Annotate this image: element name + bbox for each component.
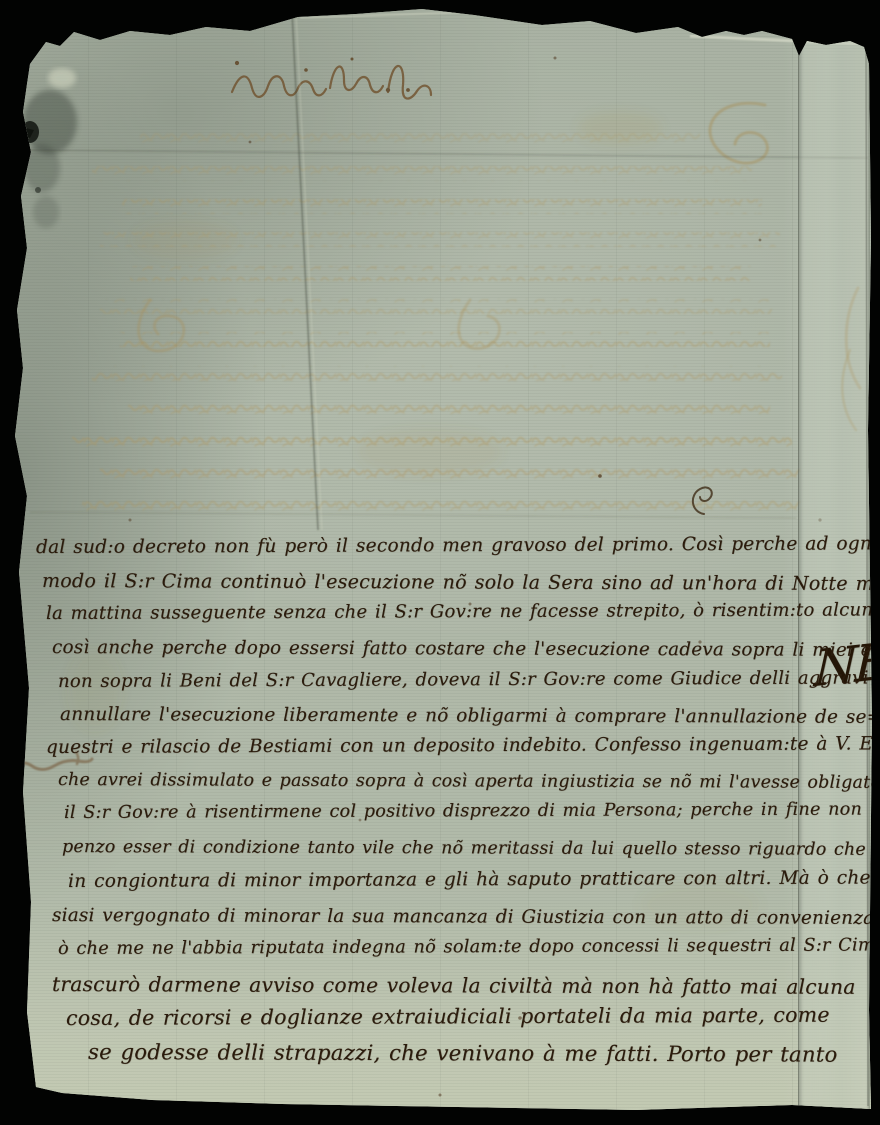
manuscript-line: questri e rilascio de Bestiami con un de… [46, 733, 879, 758]
manuscript-line: modo il S:r Cima continuò l'esecuzione n… [42, 570, 880, 595]
manuscript-line: in congiontura di minor importanza e gli… [68, 867, 871, 892]
manuscript-line: non sopra li Beni del S:r Cavagliere, do… [58, 667, 869, 692]
manuscript-line: penzo esser di condizione tanto vile che… [62, 837, 866, 860]
manuscript-line: così anche perche dopo essersi fatto cos… [52, 637, 872, 661]
manuscript-text-block: dal sud:o decreto non fù però il secondo… [0, 0, 880, 1125]
manuscript-line: se godesse delli strapazzi, che venivano… [88, 1039, 838, 1067]
manuscript-line: cosa, de ricorsi e doglianze extraiudici… [66, 1003, 830, 1030]
manuscript-page: NE dal sud:o decreto non fù però il seco… [0, 0, 880, 1125]
manuscript-line: ò che me ne l'abbia riputata indegna nõ … [58, 935, 880, 959]
manuscript-line: il S:r Gov:re à risentirmene col positiv… [64, 800, 862, 823]
scan-stage: NE dal sud:o decreto non fù però il seco… [0, 0, 880, 1125]
manuscript-line: siasi vergognato di minorar la sua manca… [52, 905, 874, 929]
manuscript-line: che avrei dissimulato e passato sopra à … [58, 770, 880, 793]
manuscript-line: annullare l'esecuzione liberamente e nõ … [60, 704, 880, 728]
manuscript-line: trascurò darmene avviso come voleva la c… [52, 972, 856, 999]
manuscript-line: dal sud:o decreto non fù però il secondo… [36, 533, 880, 558]
manuscript-line: la mattina susseguente senza che il S:r … [46, 599, 880, 624]
